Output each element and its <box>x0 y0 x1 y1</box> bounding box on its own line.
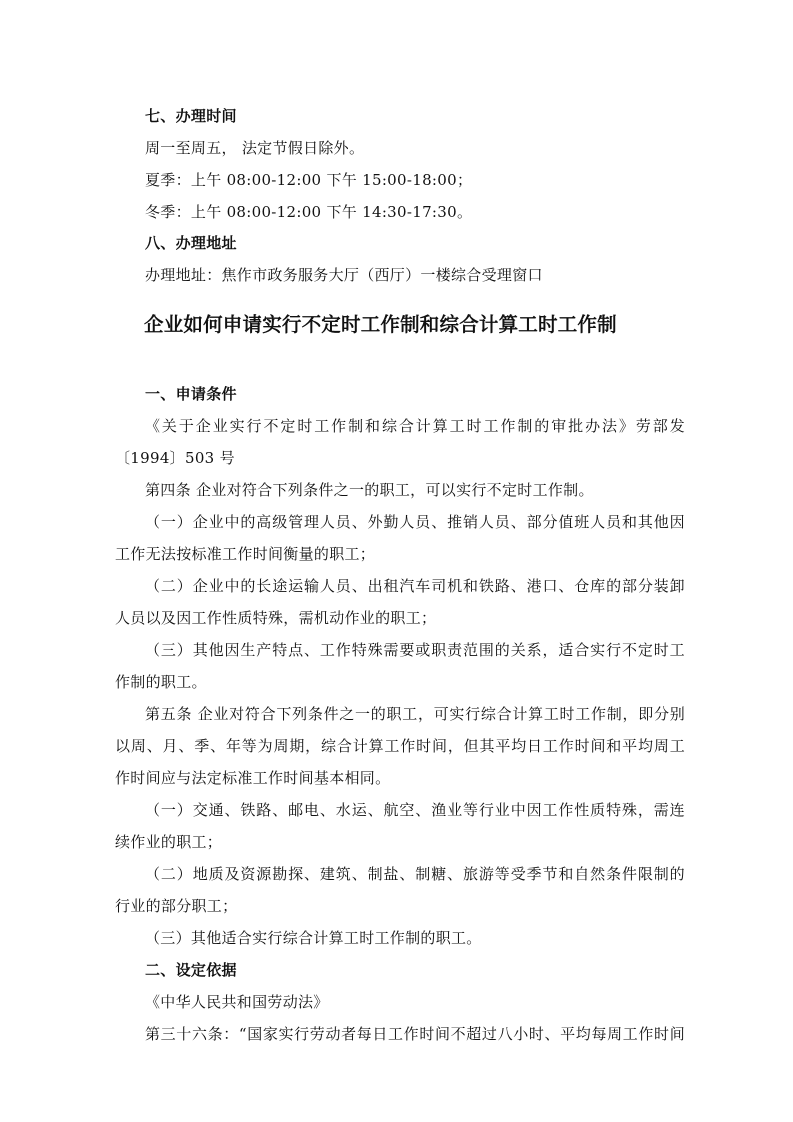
paragraph-line: 《中华人民共和国劳动法》 <box>145 992 329 1012</box>
paragraph-line: 作制的职工。 <box>115 672 207 692</box>
hours-line: 冬季：上午 08:00-12:00 下午 14:30-17:30。 <box>145 202 472 222</box>
paragraph-line: （一）交通、铁路、邮电、水运、航空、渔业等行业中因工作性质特殊，需连 <box>145 800 685 820</box>
address-line: 办理地址：焦作市政务服务大厅（西厅）一楼综合受理窗口 <box>145 265 543 285</box>
paragraph-line: 第四条 企业对符合下列条件之一的职工，可以实行不定时工作制。 <box>145 480 594 500</box>
section-heading-conditions: 一、申请条件 <box>145 384 237 404</box>
paragraph-line: 第三十六条：“国家实行劳动者每日工作时间不超过八小时、平均每周工作时间 <box>145 1024 685 1044</box>
paragraph-line: 续作业的职工； <box>115 832 222 852</box>
hours-line: 夏季：上午 08:00-12:00 下午 15:00-18:00； <box>145 170 472 190</box>
hours-line: 周一至周五， 法定节假日除外。 <box>145 138 364 158</box>
section-heading-address: 八、办理地址 <box>145 233 237 253</box>
paragraph-line: （二）地质及资源勘探、建筑、制盐、制糖、旅游等受季节和自然条件限制的 <box>145 864 685 884</box>
paragraph-line: 人员以及因工作性质特殊，需机动作业的职工； <box>115 608 436 628</box>
section-heading-hours: 七、办理时间 <box>145 106 237 126</box>
paragraph-line: 作时间应与法定标准工作时间基本相同。 <box>115 768 390 788</box>
paragraph-line: 以周、月、季、年等为周期，综合计算工作时间，但其平均日工作时间和平均周工 <box>115 736 685 756</box>
article-title: 企业如何申请实行不定时工作制和综合计算工时工作制 <box>144 312 617 338</box>
paragraph-line: （一）企业中的高级管理人员、外勤人员、推销人员、部分值班人员和其他因 <box>145 512 685 532</box>
paragraph-line: 〔1994〕503 号 <box>115 448 235 468</box>
paragraph-line: （二）企业中的长途运输人员、出租汽车司机和铁路、港口、仓库的部分装卸 <box>145 576 685 596</box>
paragraph-line: 行业的部分职工； <box>115 896 237 916</box>
paragraph-line: （三）其他因生产特点、工作特殊需要或职责范围的关系，适合实行不定时工 <box>145 640 685 660</box>
paragraph-line: 第五条 企业对符合下列条件之一的职工，可实行综合计算工时工作制，即分别 <box>145 704 685 724</box>
document-page: 七、办理时间 周一至周五， 法定节假日除外。 夏季：上午 08:00-12:00… <box>0 0 793 1122</box>
paragraph-line: （三）其他适合实行综合计算工时工作制的职工。 <box>145 928 482 948</box>
paragraph-line: 工作无法按标准工作时间衡量的职工； <box>115 544 375 564</box>
paragraph-line: 《关于企业实行不定时工作制和综合计算工时工作制的审批办法》劳部发 <box>145 416 685 436</box>
section-heading-basis: 二、设定依据 <box>145 960 237 980</box>
